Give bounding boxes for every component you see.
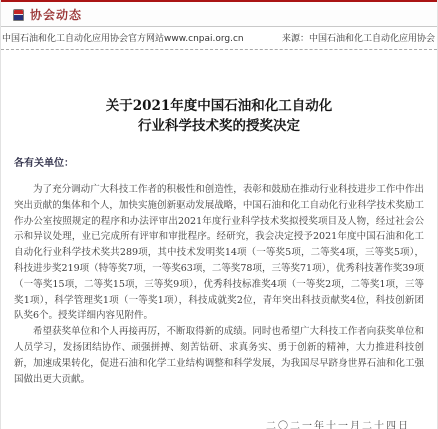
salutation: 各有关单位： — [14, 154, 424, 169]
news-badge-icon — [13, 9, 24, 21]
news-badge-icon-bottom — [14, 15, 23, 20]
paragraph-award-decision: 为了充分调动广大科技工作者的积极性和创造性，表彰和鼓励在推动行业科技进步工作中作… — [14, 182, 424, 324]
document-title: 关于2021年度中国石油和化工自动化 行业科学技术奖的授奖决定 — [14, 96, 424, 136]
section-title: 协会动态 — [30, 6, 82, 23]
meta-bar: 中国石油和化工自动化应用协会官方网站www.cnpai.org.cn 来源：中国… — [1, 27, 437, 50]
document-body: 关于2021年度中国石油和化工自动化 行业科学技术奖的授奖决定 各有关单位： 为… — [1, 96, 437, 429]
document-title-line2: 行业科学技术奖的授奖决定 — [138, 118, 300, 134]
section-header: 协会动态 — [1, 2, 437, 27]
site-info: 中国石油和化工自动化应用协会官方网站www.cnpai.org.cn — [2, 31, 244, 44]
paragraph-encouragement: 希望获奖单位和个人再接再厉，不断取得新的成绩。同时也希望广大科技工作者向获奖单位… — [14, 324, 424, 387]
source-label: 来源：中国石油和化工自动化应用协会 — [282, 31, 436, 44]
article-page: 协会动态 中国石油和化工自动化应用协会官方网站www.cnpai.org.cn … — [0, 0, 438, 429]
document-title-line1: 关于2021年度中国石油和化工自动化 — [106, 98, 333, 114]
document-date: 二〇二一年十一月二十四日 — [14, 417, 410, 429]
